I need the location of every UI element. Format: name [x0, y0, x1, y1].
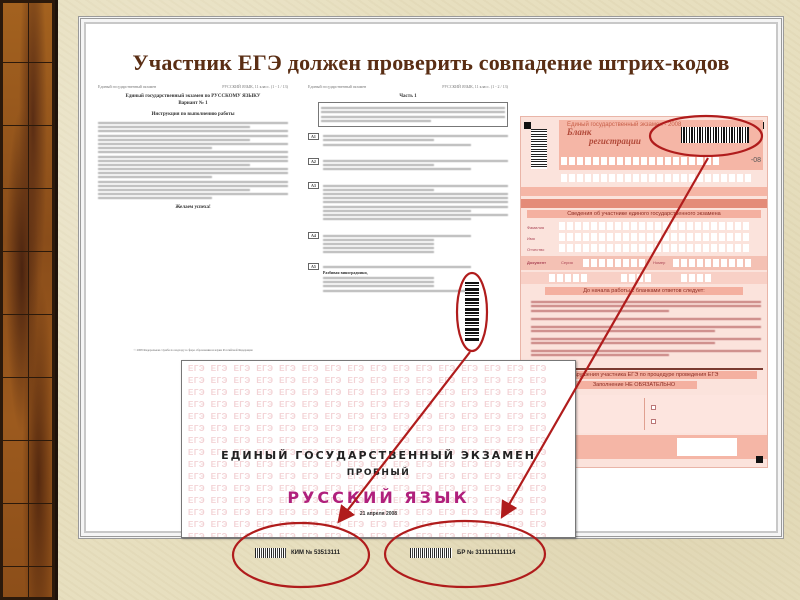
- optional-note: Заполнение НЕ ОБЯЗАТЕЛЬНО: [571, 381, 697, 389]
- cover-exam-title: ЕДИНЫЙ ГОСУДАРСТВЕННЫЙ ЭКЗАМЕН: [182, 449, 575, 462]
- number-cells[interactable]: [673, 259, 751, 267]
- corner-marker: [524, 122, 531, 129]
- before-work-instructions: [531, 299, 761, 358]
- warning-band: [521, 199, 767, 208]
- question-a4: A4: [308, 232, 508, 255]
- page-header-left: Единый государственный экзамен: [308, 84, 366, 89]
- form-cells-row: [561, 157, 719, 165]
- page-header-right: РУССКИЙ ЯЗЫК, 11 класс. (1 - 1 / 13): [222, 84, 288, 89]
- question-number: A3: [308, 182, 319, 189]
- name-cells[interactable]: [559, 233, 749, 241]
- cover-exam-type: ПРОБНЫЙ: [182, 468, 575, 478]
- signature-box[interactable]: [677, 438, 737, 456]
- closing-text: Желаем успеха!: [98, 205, 288, 210]
- variant-label: Вариант № 1: [98, 101, 288, 106]
- question-number: A5: [308, 263, 319, 270]
- section-before-work: До начала работы с бланками ответов след…: [545, 287, 743, 295]
- page-footnote: © 2008 Федеральная служба по надзору в с…: [88, 348, 298, 352]
- vertical-barcode: [465, 282, 479, 342]
- series-cells[interactable]: [583, 259, 645, 267]
- field-surname-label: Фамилия: [527, 225, 544, 230]
- tasks-page: Единый государственный экзаменРУССКИЙ ЯЗ…: [302, 80, 514, 360]
- br-code: БР № 3111111111114: [457, 550, 515, 556]
- field-number-label: Номер: [653, 260, 665, 265]
- kim-barcode-group: КИМ № 53513111: [255, 548, 340, 558]
- cover-date: 21 апреля 2008: [182, 511, 575, 517]
- question-number: A2: [308, 158, 319, 165]
- field-patronymic-label: Отчество: [527, 247, 544, 252]
- question-a1: A1: [308, 133, 508, 148]
- field-series-label: Серия: [561, 260, 573, 265]
- field-name-label: Имя: [527, 236, 535, 241]
- section-title: Инструкция по выполнению работы: [98, 112, 288, 117]
- kim-code: КИМ № 53513111: [291, 550, 340, 556]
- question-number: A1: [308, 133, 319, 140]
- surname-cells[interactable]: [559, 222, 749, 230]
- question-subheading: Разбивая виноградники,: [323, 270, 508, 275]
- leather-border-decoration: [0, 0, 58, 600]
- instructions-page: Единый государственный экзаменРУССКИЙ ЯЗ…: [88, 80, 298, 360]
- br-barcode-group: БР № 3111111111114: [410, 548, 515, 558]
- remark-checkbox[interactable]: [651, 419, 656, 424]
- corner-marker: [756, 456, 763, 463]
- cover-subject: РУССКИЙ ЯЗЫК: [182, 488, 575, 507]
- document-row: Документ Серия Номер: [521, 256, 767, 270]
- form-date-suffix: -08: [751, 157, 761, 164]
- kim-barcode: [255, 548, 286, 558]
- page-header-right: РУССКИЙ ЯЗЫК, 11 класс. (1 - 2 / 13): [442, 84, 508, 89]
- slide-title: Участник ЕГЭ должен проверить совпадение…: [86, 50, 776, 76]
- form-cells-row: [561, 174, 751, 182]
- remark-checkbox[interactable]: [651, 405, 656, 410]
- instructions-body: [98, 122, 288, 199]
- page-heading: Единый государственный экзамен по РУССКО…: [98, 94, 288, 99]
- br-barcode: [410, 548, 452, 558]
- registration-barcode: [681, 127, 749, 143]
- patronymic-cells[interactable]: [559, 244, 749, 252]
- side-barcode: [531, 129, 547, 169]
- page-header-left: Единый государственный экзамен: [98, 84, 156, 89]
- question-a2: A2: [308, 158, 508, 173]
- part-instructions-box: [318, 102, 508, 127]
- question-a3: A3: [308, 182, 508, 222]
- part-heading: Часть 1: [308, 94, 508, 99]
- question-number: A4: [308, 232, 319, 239]
- section-participant: Сведения об участнике единого государств…: [527, 210, 761, 218]
- sample-chars-band: [521, 187, 767, 196]
- cover-sheet: ЕГЭ ЕГЭ ЕГЭ ЕГЭ ЕГЭ ЕГЭ ЕГЭ ЕГЭ ЕГЭ ЕГЭ …: [181, 360, 576, 538]
- field-document-label: Документ: [527, 260, 546, 265]
- codes-row: [521, 272, 767, 284]
